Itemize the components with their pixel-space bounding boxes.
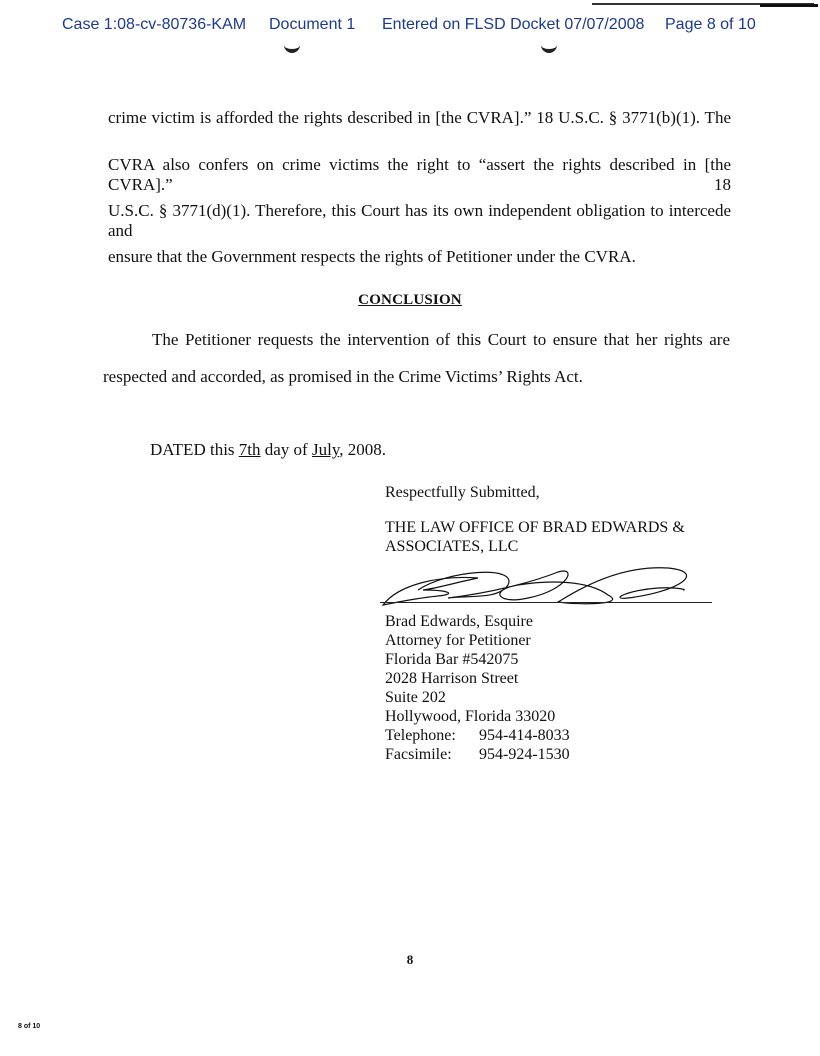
page-of: Page 8 of 10	[665, 16, 756, 34]
hole-punch-mark	[284, 43, 300, 53]
attorney-role: Attorney for Petitioner	[385, 631, 531, 650]
body-line: respected and accorded, as promised in t…	[103, 367, 726, 387]
telephone-label: Telephone:	[385, 726, 456, 745]
hole-punch-mark	[541, 43, 557, 53]
firm-name-line2: ASSOCIATES, LLC	[385, 537, 518, 556]
entered-date: Entered on FLSD Docket 07/07/2008	[382, 16, 644, 34]
suite: Suite 202	[385, 688, 446, 707]
telephone-number: 954-414-8033	[479, 726, 570, 745]
body-line: crime victim is afforded the rights desc…	[108, 108, 731, 128]
firm-name: THE LAW OFFICE OF BRAD EDWARDS &	[385, 518, 685, 537]
dated-line: DATED this 7th day of July, 2008.	[150, 440, 773, 460]
street-address: 2028 Harrison Street	[385, 669, 518, 688]
dated-day: 7th	[239, 440, 261, 459]
case-number: Case 1:08-cv-80736-KAM	[62, 16, 246, 34]
fax-label: Facsimile:	[385, 745, 452, 764]
footer-page-count: 8 of 10	[18, 1023, 40, 1030]
fax-number: 954-924-1530	[479, 745, 570, 764]
city-state-zip: Hollywood, Florida 33020	[385, 707, 555, 726]
body-line: ensure that the Government respects the …	[108, 247, 731, 267]
body-line: U.S.C. § 3771(d)(1). Therefore, this Cou…	[108, 201, 731, 241]
body-line: The Petitioner requests the intervention…	[152, 330, 730, 350]
document-number: Document 1	[269, 16, 355, 34]
signature-line	[380, 602, 712, 603]
dated-month: July	[312, 440, 339, 459]
closing: Respectfully Submitted,	[385, 483, 540, 502]
page-number: 8	[0, 952, 820, 968]
bar-number: Florida Bar #542075	[385, 650, 518, 669]
conclusion-heading: CONCLUSION	[0, 292, 820, 309]
scan-artifact-line	[760, 4, 818, 7]
body-line: CVRA also confers on crime victims the r…	[108, 155, 731, 195]
attorney-name: Brad Edwards, Esquire	[385, 612, 533, 631]
